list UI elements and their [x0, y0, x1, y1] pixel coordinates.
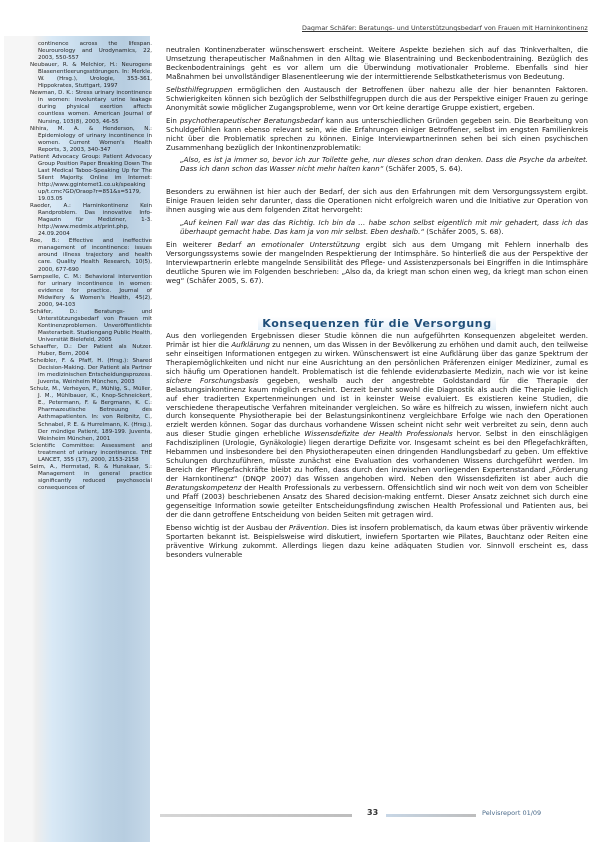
- paragraph: Ein psychotherapeutischer Beratungsbedar…: [166, 117, 588, 153]
- paragraph: Aus den vorliegenden Ergebnissen dieser …: [166, 332, 588, 520]
- reference-item: Scheibler, F. & Pfaff, H. (Hrsg.): Share…: [30, 358, 152, 386]
- page-number: 33: [367, 808, 378, 817]
- reference-item: Seim, A., Hermstad, R. & Hunskaar, S.: M…: [30, 464, 152, 492]
- emphasis: sichere Forschungsbasis: [166, 376, 258, 385]
- paragraph: Ein weiterer Bedarf an emotionaler Unter…: [166, 241, 588, 286]
- paragraph: neutralen Kontinenzberater wünschenswert…: [166, 46, 588, 82]
- footer-rule: [386, 814, 476, 817]
- reference-item: Patient Advocacy Group: Patient Advocacy…: [30, 154, 152, 203]
- reference-item: Neubauer, R. & Melchior, H.: Neurogene B…: [30, 62, 152, 90]
- quote-citation: (Schäfer 2005, S. 64).: [383, 164, 462, 173]
- references-sidebar: continence across the lifespan. Neurouro…: [4, 36, 150, 842]
- emphasis: Wissensdefizite der Health Professionals: [304, 429, 452, 438]
- reference-item: Schäfer, D.: Beratungs- und Unterstützun…: [30, 309, 152, 344]
- main-column: neutralen Kontinenzberater wünschenswert…: [166, 46, 588, 564]
- quote-citation: (Schäfer 2005, S. 68).: [424, 227, 503, 236]
- paragraph: Besonders zu erwähnen ist hier auch der …: [166, 188, 588, 215]
- reference-item: Newman, D. K.: Stress urinary incontinen…: [30, 90, 152, 125]
- section-heading: Konsequenzen für die Versorgung: [166, 320, 588, 329]
- paragraph: Selbsthilfegruppen ermöglichen den Austa…: [166, 86, 588, 113]
- block-quote: „Also, es ist ja immer so, bevor ich zur…: [180, 156, 588, 174]
- paragraph: Ebenso wichtig ist der Ausbau der Präven…: [166, 524, 588, 560]
- reference-item: Schaeffer, D.: Der Patient als Nutzer. H…: [30, 344, 152, 358]
- reference-item: Raeder, A.: Harninkontinenz Kein Randpro…: [30, 203, 152, 238]
- block-quote: „Auf keinen Fall war das das Richtig. Ic…: [180, 219, 588, 237]
- running-header: Dagmar Schäfer: Beratungs- und Unterstüt…: [302, 24, 587, 32]
- journal-issue: Pelvisreport 01/09: [482, 809, 541, 817]
- emphasis: Beratungskompetenz: [166, 483, 242, 492]
- reference-item: continence across the lifespan. Neurouro…: [30, 41, 152, 62]
- emphasis: Selbsthilfegruppen: [166, 85, 232, 94]
- emphasis: Prävention: [289, 523, 327, 532]
- reference-item: Sampselle, C. M.: Behavioral interventio…: [30, 274, 152, 309]
- reference-item: Schulz, M., Verheyen, F., Mühlig, S., Mü…: [30, 386, 152, 442]
- footer-rule: [160, 814, 352, 817]
- page-footer: 33 Pelvisreport 01/09: [160, 808, 590, 822]
- reference-list: continence across the lifespan. Neurouro…: [30, 41, 152, 492]
- emphasis: Aufklärung: [231, 340, 269, 349]
- emphasis: psychotherapeutischer Beratungsbedarf: [180, 116, 323, 125]
- emphasis: Bedarf an emotionaler Unterstützung: [218, 240, 360, 249]
- reference-item: Nihira, M. A. & Henderson, N.: Epidemiol…: [30, 126, 152, 154]
- reference-item: Scientific Committee: Assessment and tre…: [30, 443, 152, 464]
- reference-item: Roe, B.: Effective and ineffective manag…: [30, 238, 152, 273]
